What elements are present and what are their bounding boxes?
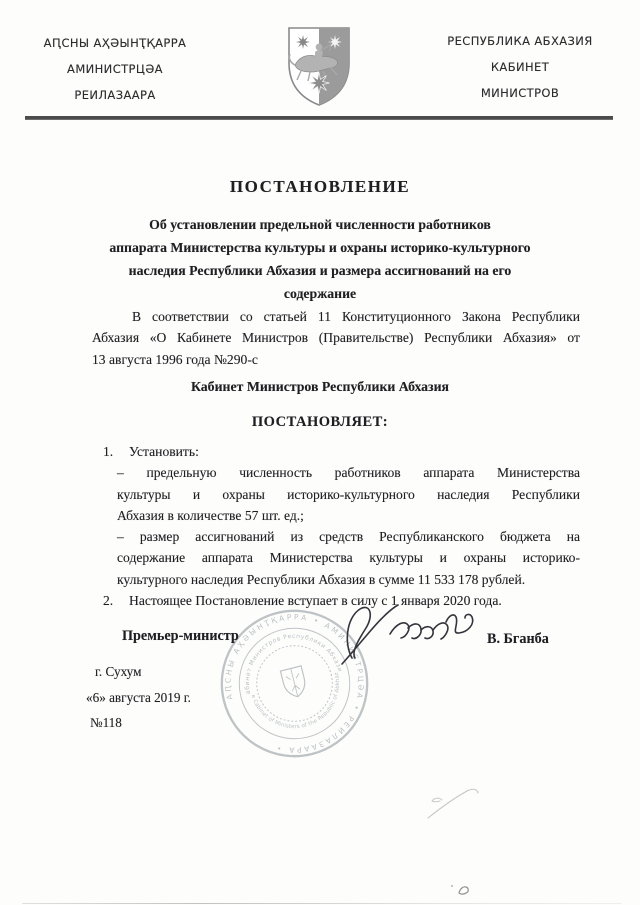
text-line: АԤСНЫ АҲӘЫНҬҚАРРА (30, 32, 200, 58)
document-subject: Об установлении предельной численности р… (90, 213, 550, 305)
ink-speck (459, 887, 468, 894)
text-line: РЕИЛАЗААРА (30, 84, 200, 110)
star-icon (296, 35, 310, 49)
list-subitem: – размер ассигнований из средств Республ… (117, 526, 580, 590)
text-line: культурного наследия Республики Абхазия … (117, 569, 580, 590)
stamp-emblem-icon (280, 666, 308, 699)
pencil-mark (428, 789, 478, 818)
text-line: В соответствии со статьей 11 Конституцио… (92, 306, 580, 327)
handwritten-signature (338, 600, 488, 672)
signer-name: В. Бганба (487, 631, 549, 648)
text-line: Об установлении предельной численности р… (90, 213, 550, 236)
text-line: Абхазия «О Кабинете Министров (Правитель… (92, 327, 580, 348)
item-number: 1. (103, 441, 129, 462)
issue-date: «6» августа 2019 г. (86, 690, 191, 706)
header-divider (25, 116, 613, 120)
issue-number: №118 (90, 715, 122, 731)
star-icon (309, 73, 330, 94)
resolution-items: 1.Установить: – предельную численность р… (92, 441, 580, 611)
page-scan-edge (22, 903, 622, 904)
resolution-keyword: ПОСТАНОВЛЯЕТ: (0, 414, 640, 431)
text-line: аппарата Министерства культуры и охраны … (90, 236, 550, 259)
text-line: – размер ассигнований из средств Республ… (117, 526, 580, 547)
text-line: МИНИСТРОВ (430, 82, 610, 108)
text-line: содержание (90, 282, 550, 305)
org-name-abkhaz: АԤСНЫ АҲӘЫНҬҚАРРА АМИНИСТРЦӘА РЕИЛАЗААРА (30, 32, 200, 110)
text-line: Абхазия в количестве 57 шт. ед.; (117, 505, 580, 526)
text-line: наследия Республики Абхазия и размера ас… (90, 259, 550, 282)
document-title: ПОСТАНОВЛЕНИЕ (0, 177, 640, 197)
org-name-russian: РЕСПУБЛИКА АБХАЗИЯ КАБИНЕТ МИНИСТРОВ (430, 30, 610, 108)
list-item: 1.Установить: (92, 441, 580, 462)
list-subitem: – предельную численность работников аппа… (117, 462, 580, 526)
ink-speck (451, 885, 453, 887)
text-line: содержание аппарата Министерства культур… (117, 547, 580, 568)
text-line: КАБИНЕТ (430, 56, 610, 82)
issuing-body: Кабинет Министров Республики Абхазия (0, 379, 640, 395)
letterhead: АԤСНЫ АҲӘЫНҬҚАРРА АМИНИСТРЦӘА РЕИЛАЗААРА (0, 28, 640, 118)
pencil-mark (432, 798, 442, 802)
text-line: – предельную численность работников аппа… (117, 462, 580, 483)
text-line: культуры и охраны историко-культурного н… (117, 484, 580, 505)
abkhazia-coat-of-arms-icon (285, 25, 353, 109)
scanned-decree-page: АԤСНЫ АҲӘЫНҬҚАРРА АМИНИСТРЦӘА РЕИЛАЗААРА (0, 0, 640, 905)
item-text: Установить: (129, 444, 199, 459)
signer-role: Премьер-министр (122, 628, 239, 645)
text-line: АМИНИСТРЦӘА (30, 58, 200, 84)
text-line: 13 августа 1996 года №290-с (92, 349, 580, 370)
preamble: В соответствии со статьей 11 Конституцио… (92, 306, 580, 370)
item-number: 2. (103, 590, 129, 611)
text-line: РЕСПУБЛИКА АБХАЗИЯ (430, 30, 610, 56)
issue-city: г. Сухум (95, 664, 141, 680)
